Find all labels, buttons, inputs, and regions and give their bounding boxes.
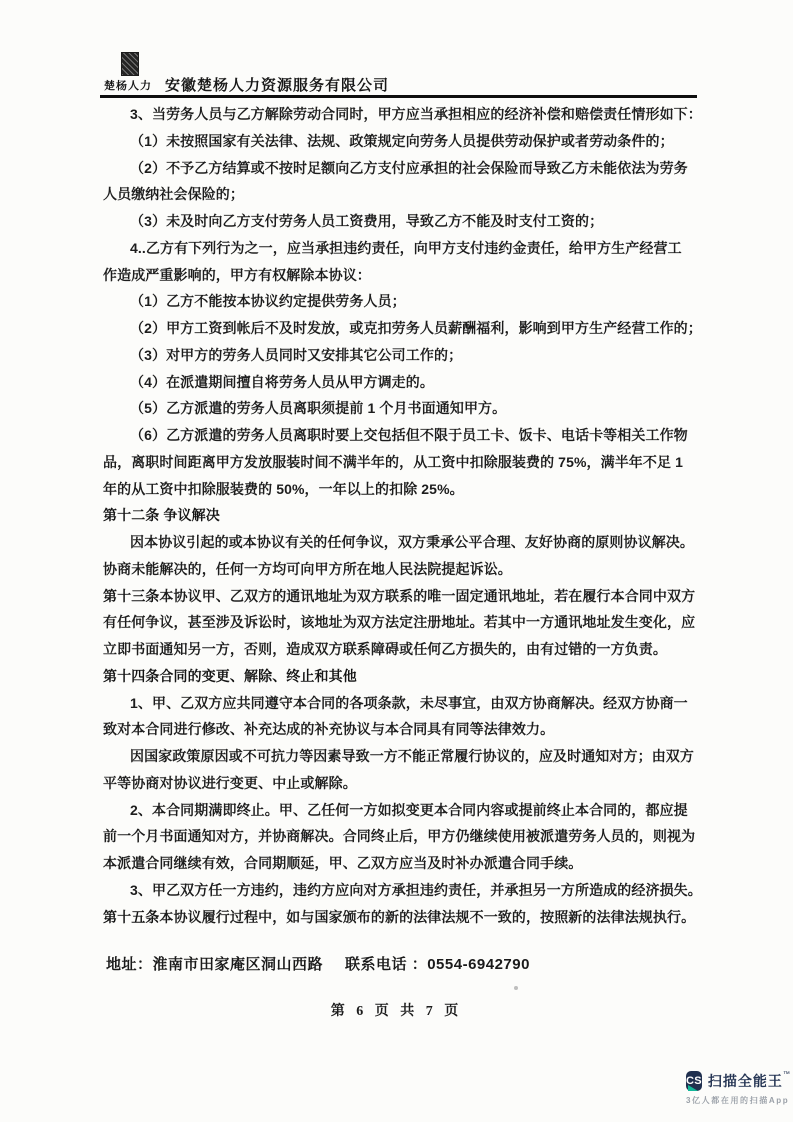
document-line: 第十四条合同的变更、解除、终止和其他 (103, 663, 697, 690)
document-line-text: 本协议履行过程中，如与国家颁布的新的法律法规不一致的，按照新的法律法规执行。 (159, 909, 695, 925)
company-logo-text: 楚杨人力 (104, 77, 160, 92)
document-line-text: 品，离职时间距离甲方发放服装时间不满半年的，从工资中扣除服装费的 75%，满半年… (103, 454, 683, 470)
document-line-text: 本协议甲、乙双方的通讯地址为双方联系的唯一固定通讯地址，若在履行本合同中双方 (159, 588, 695, 604)
document-line: 作造成严重影响的，甲方有权解除本协议： (103, 262, 697, 289)
document-line-text: 因本协议引起的或本协议有关的任何争议，双方秉承公平合理、友好协商的原则协议解决。 (130, 534, 694, 550)
document-line: 人员缴纳社会保险的； (103, 181, 697, 208)
contract-body: 3、当劳务人员与乙方解除劳动合同时，甲方应当承担相应的经济补偿和赔偿责任情形如下… (103, 101, 697, 930)
document-line-text: 本派遣合同继续有效，合同期顺延，甲、乙双方应当及时补办派遣合同手续。 (103, 855, 582, 871)
header-divider (100, 95, 697, 98)
document-line-text: 立即书面通知另一方，否则，造成双方联系障碍或任何乙方损失的，由有过错的一方负责。 (103, 641, 667, 657)
document-line-text: 2、本合同期满即终止。甲、乙任何一方如拟变更本合同内容或提前终止本合同的，都应提 (130, 802, 688, 818)
document-line: 4..乙方有下列行为之一，应当承担违约责任，向甲方支付违约金责任，给甲方生产经营… (103, 235, 697, 262)
address-value: 淮南市田家庵区洞山西路 (153, 956, 324, 973)
phone-value: 0554-6942790 (427, 956, 530, 973)
document-line-text: 作造成严重影响的，甲方有权解除本协议： (103, 267, 371, 283)
camscanner-watermark: CS 扫描全能王™ 3亿人都在用的扫描App (686, 1071, 782, 1106)
scan-artifact-speck (514, 986, 518, 990)
document-line-text: 致对本合同进行修改、补充达成的补充协议与本合同具有同等法律效力。 (103, 721, 554, 737)
address-line: 地址：淮南市田家庵区洞山西路联系电话 ：0554-6942790 (106, 953, 530, 974)
document-line: （2）不予乙方结算或不按时足额向乙方支付应承担的社会保险而导致乙方未能依法为劳务 (103, 155, 697, 182)
document-line-text: （3）未及时向乙方支付劳务人员工资费用，导致乙方不能及时支付工资的； (130, 213, 603, 229)
document-line: 因本协议引起的或本协议有关的任何争议，双方秉承公平合理、友好协商的原则协议解决。 (103, 529, 697, 556)
document-line-text: （1）未按照国家有关法律、法规、政策规定向劳务人员提供劳动保护或者劳动条件的； (130, 133, 674, 149)
document-line: 协商未能解决的，任何一方均可向甲方所在地人民法院提起诉讼。 (103, 556, 697, 583)
document-line-text: 有任何争议，甚至涉及诉讼时，该地址为双方法定注册地址。若其中一方通讯地址发生变化… (103, 614, 695, 630)
document-line: 第十五条本协议履行过程中，如与国家颁布的新的法律法规不一致的，按照新的法律法规执… (103, 904, 697, 931)
document-line: 第十三条本协议甲、乙双方的通讯地址为双方联系的唯一固定通讯地址，若在履行本合同中… (103, 583, 697, 610)
document-line-text: 第十三条 (103, 588, 159, 604)
document-line: （4）在派遣期间擅自将劳务人员从甲方调走的。 (103, 369, 697, 396)
document-line: 年的从工资中扣除服装费的 50%，一年以上的扣除 25%。 (103, 476, 697, 503)
document-line-text: 1、甲、乙双方应共同遵守本合同的各项条款，未尽事宜，由双方协商解决。经双方协商一 (130, 695, 688, 711)
camscanner-logo-icon: CS (686, 1071, 702, 1091)
document-line-text: （4）在派遣期间擅自将劳务人员从甲方调走的。 (130, 374, 434, 390)
scanned-contract-page: 楚杨人力 安徽楚杨人力资源服务有限公司 3、当劳务人员与乙方解除劳动合同时，甲方… (0, 0, 793, 1122)
document-line-text: （5）乙方派遣的劳务人员离职须提前 1 个月书面通知甲方。 (130, 400, 506, 416)
document-line: （6）乙方派遣的劳务人员离职时要上交包括但不限于员工卡、饭卡、电话卡等相关工作物 (103, 422, 697, 449)
document-line: 前一个月书面通知对方，并协商解决。合同终止后，甲方仍继续使用被派遣劳务人员的，则… (103, 823, 697, 850)
document-line: （1）未按照国家有关法律、法规、政策规定向劳务人员提供劳动保护或者劳动条件的； (103, 128, 697, 155)
camscanner-brand-row: CS 扫描全能王™ (686, 1071, 782, 1091)
document-line: 第十二条 争议解决 (103, 502, 697, 529)
document-line: 2、本合同期满即终止。甲、乙任何一方如拟变更本合同内容或提前终止本合同的，都应提 (103, 797, 697, 824)
document-line-text: 第十四条合同的变更、解除、终止和其他 (103, 668, 357, 684)
document-line-text: 年的从工资中扣除服装费的 50%，一年以上的扣除 25%。 (103, 481, 464, 497)
document-line-text: （1）乙方不能按本协议约定提供劳务人员； (130, 293, 406, 309)
document-line: （2）甲方工资到帐后不及时发放，或克扣劳务人员薪酬福利，影响到甲方生产经营工作的… (103, 315, 697, 342)
camscanner-app-name: 扫描全能王™ (708, 1071, 791, 1091)
document-line: 本派遣合同继续有效，合同期顺延，甲、乙双方应当及时补办派遣合同手续。 (103, 850, 697, 877)
document-line: 致对本合同进行修改、补充达成的补充协议与本合同具有同等法律效力。 (103, 716, 697, 743)
address-label: 地址： (106, 956, 153, 973)
document-line-text: 因国家政策原因或不可抗力等因素导致一方不能正常履行协议的，应及时通知对方；由双方 (130, 748, 694, 764)
document-line: 3、当劳务人员与乙方解除劳动合同时，甲方应当承担相应的经济补偿和赔偿责任情形如下… (103, 101, 697, 128)
document-line: （3）对甲方的劳务人员同时又安排其它公司工作的； (103, 342, 697, 369)
document-line: 1、甲、乙双方应共同遵守本合同的各项条款，未尽事宜，由双方协商解决。经双方协商一 (103, 690, 697, 717)
camscanner-logo-text: CS (686, 1075, 702, 1087)
document-line-text: （2）不予乙方结算或不按时足额向乙方支付应承担的社会保险而导致乙方未能依法为劳务 (130, 160, 688, 176)
document-line: 有任何争议，甚至涉及诉讼时，该地址为双方法定注册地址。若其中一方通讯地址发生变化… (103, 609, 697, 636)
document-line-text: 前一个月书面通知对方，并协商解决。合同终止后，甲方仍继续使用被派遣劳务人员的，则… (103, 828, 695, 844)
document-line-text: 第十五条 (103, 909, 159, 925)
document-line-text: 第十二条 争议解决 (103, 507, 220, 523)
document-line: 品，离职时间距离甲方发放服装时间不满半年的，从工资中扣除服装费的 75%，满半年… (103, 449, 697, 476)
company-name: 安徽楚杨人力资源服务有限公司 (165, 74, 389, 95)
trademark-symbol: ™ (783, 1071, 791, 1078)
document-line-text: 人员缴纳社会保险的； (103, 186, 244, 202)
page-number: 第 6 页 共 7 页 (0, 1000, 793, 1020)
document-line-text: 3、当劳务人员与乙方解除劳动合同时，甲方应当承担相应的经济补偿和赔偿责任情形如下… (130, 106, 702, 122)
document-line-text: 4..乙方有下列行为之一，应当承担违约责任，向甲方支付违约金责任，给甲方生产经营… (130, 240, 682, 256)
document-line-text: （6）乙方派遣的劳务人员离职时要上交包括但不限于员工卡、饭卡、电话卡等相关工作物 (130, 427, 688, 443)
document-line-text: 协商未能解决的，任何一方均可向甲方所在地人民法院提起诉讼。 (103, 561, 512, 577)
document-line-text: 3、甲乙双方任一方违约，违约方应向对方承担违约责任，并承担另一方所造成的经济损失… (130, 882, 702, 898)
document-line-text: （2）甲方工资到帐后不及时发放，或克扣劳务人员薪酬福利，影响到甲方生产经营工作的… (130, 320, 702, 336)
document-line-text: （3）对甲方的劳务人员同时又安排其它公司工作的； (130, 347, 462, 363)
document-line: 3、甲乙双方任一方违约，违约方应向对方承担违约责任，并承担另一方所造成的经济损失… (103, 877, 697, 904)
company-seal-icon (122, 53, 138, 75)
document-line-text: 平等协商对协议进行变更、中止或解除。 (103, 775, 357, 791)
document-line: （5）乙方派遣的劳务人员离职须提前 1 个月书面通知甲方。 (103, 395, 697, 422)
camscanner-tagline: 3亿人都在用的扫描App (686, 1095, 782, 1106)
camscanner-app-name-text: 扫描全能王 (708, 1073, 783, 1089)
document-line: 平等协商对协议进行变更、中止或解除。 (103, 770, 697, 797)
document-line: 立即书面通知另一方，否则，造成双方联系障碍或任何乙方损失的，由有过错的一方负责。 (103, 636, 697, 663)
document-line: 因国家政策原因或不可抗力等因素导致一方不能正常履行协议的，应及时通知对方；由双方 (103, 743, 697, 770)
document-line: （3）未及时向乙方支付劳务人员工资费用，导致乙方不能及时支付工资的； (103, 208, 697, 235)
document-line: （1）乙方不能按本协议约定提供劳务人员； (103, 288, 697, 315)
phone-label: 联系电话 ： (345, 956, 427, 973)
